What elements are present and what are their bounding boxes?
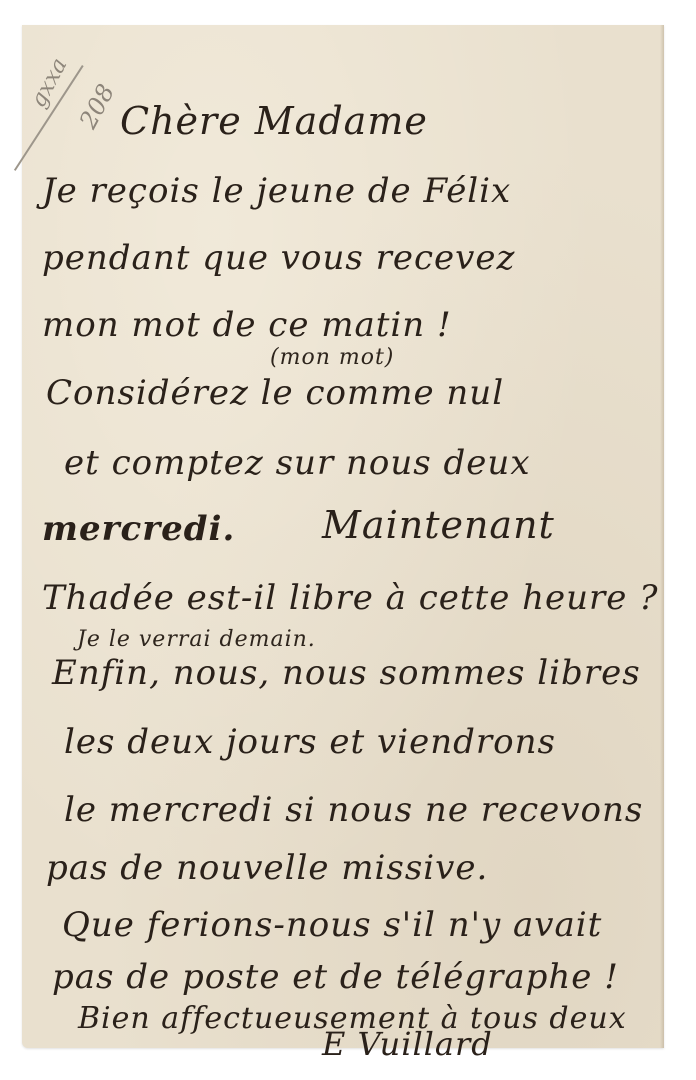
- insertion-mon-mot: (mon mot): [270, 345, 394, 370]
- letter-line-10: le mercredi si nous ne recevons: [64, 790, 643, 830]
- pencil-catalog-note: gxxa: [26, 54, 72, 112]
- letter-line-12: Que ferions-nous s'il n'y avait: [62, 905, 602, 945]
- letter-line-13: pas de poste et de télégraphe !: [52, 957, 619, 997]
- letter-line-8: Enfin, nous, nous sommes libres: [52, 653, 641, 693]
- pencil-number: 208: [74, 80, 120, 134]
- letter-line-9: les deux jours et viendrons: [64, 722, 556, 762]
- letter-line-2: pendant que vous recevez: [42, 238, 515, 278]
- letter-line-4: Considérez le comme nul: [46, 373, 504, 413]
- letter-line-1: Je reçois le jeune de Félix: [42, 171, 511, 211]
- letter-paper: gxxa 208 Chère Madame Je reçois le jeune…: [22, 25, 664, 1048]
- letter-line-3: mon mot de ce matin !: [42, 305, 452, 345]
- letter-line-5: et comptez sur nous deux: [64, 443, 531, 483]
- signature: E Vuillard: [322, 1025, 493, 1063]
- letter-line-6: mercredi.: [42, 509, 235, 549]
- letter-line-11: pas de nouvelle missive.: [46, 848, 488, 888]
- letter-line-7: Thadée est-il libre à cette heure ?: [42, 578, 658, 618]
- insertion-je-le-verrai: Je le verrai demain.: [77, 627, 316, 652]
- letter-line-6b: Maintenant: [322, 503, 555, 547]
- salutation: Chère Madame: [120, 99, 428, 143]
